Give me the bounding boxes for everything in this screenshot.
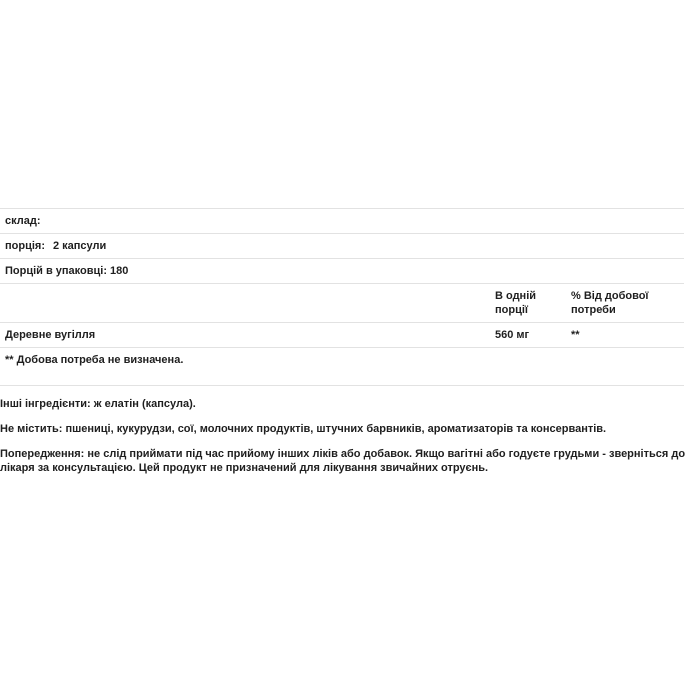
serving-size-row: порція:2 капсули xyxy=(0,233,684,258)
composition-row: склад: xyxy=(0,208,684,233)
daily-value-footnote: ** Добова потреба не визначена. xyxy=(5,354,183,366)
footnote-row: ** Добова потреба не визначена. xyxy=(0,347,684,386)
ingredient-amount: 560 мг xyxy=(495,323,565,347)
supplement-facts-table: склад: порція:2 капсули Порцій в упаковц… xyxy=(0,208,684,386)
ingredient-daily-value: ** xyxy=(571,323,681,347)
column-header-per-serving: В одній порції xyxy=(495,289,565,317)
servings-per-container: Порцій в упаковці: 180 xyxy=(5,265,128,277)
serving-size-label: порція: xyxy=(5,240,45,252)
table-row: Деревне вугілля 560 мг ** xyxy=(0,322,684,347)
composition-label: склад: xyxy=(5,215,41,227)
serving-size-value: 2 капсули xyxy=(53,240,106,252)
table-header-row: В одній порції % Від добової потреби xyxy=(0,283,684,322)
product-notes: Інші інгредієнти: ж елатін (капсула). Не… xyxy=(0,397,686,486)
ingredient-name: Деревне вугілля xyxy=(5,323,95,347)
warning-text: Попередження: не слід приймати під час п… xyxy=(0,447,686,475)
column-header-daily-value: % Від добової потреби xyxy=(571,289,681,317)
does-not-contain-text: Не містить: пшениці, кукурудзи, сої, мол… xyxy=(0,422,686,436)
servings-per-container-row: Порцій в упаковці: 180 xyxy=(0,258,684,283)
other-ingredients-text: Інші інгредієнти: ж елатін (капсула). xyxy=(0,397,686,411)
